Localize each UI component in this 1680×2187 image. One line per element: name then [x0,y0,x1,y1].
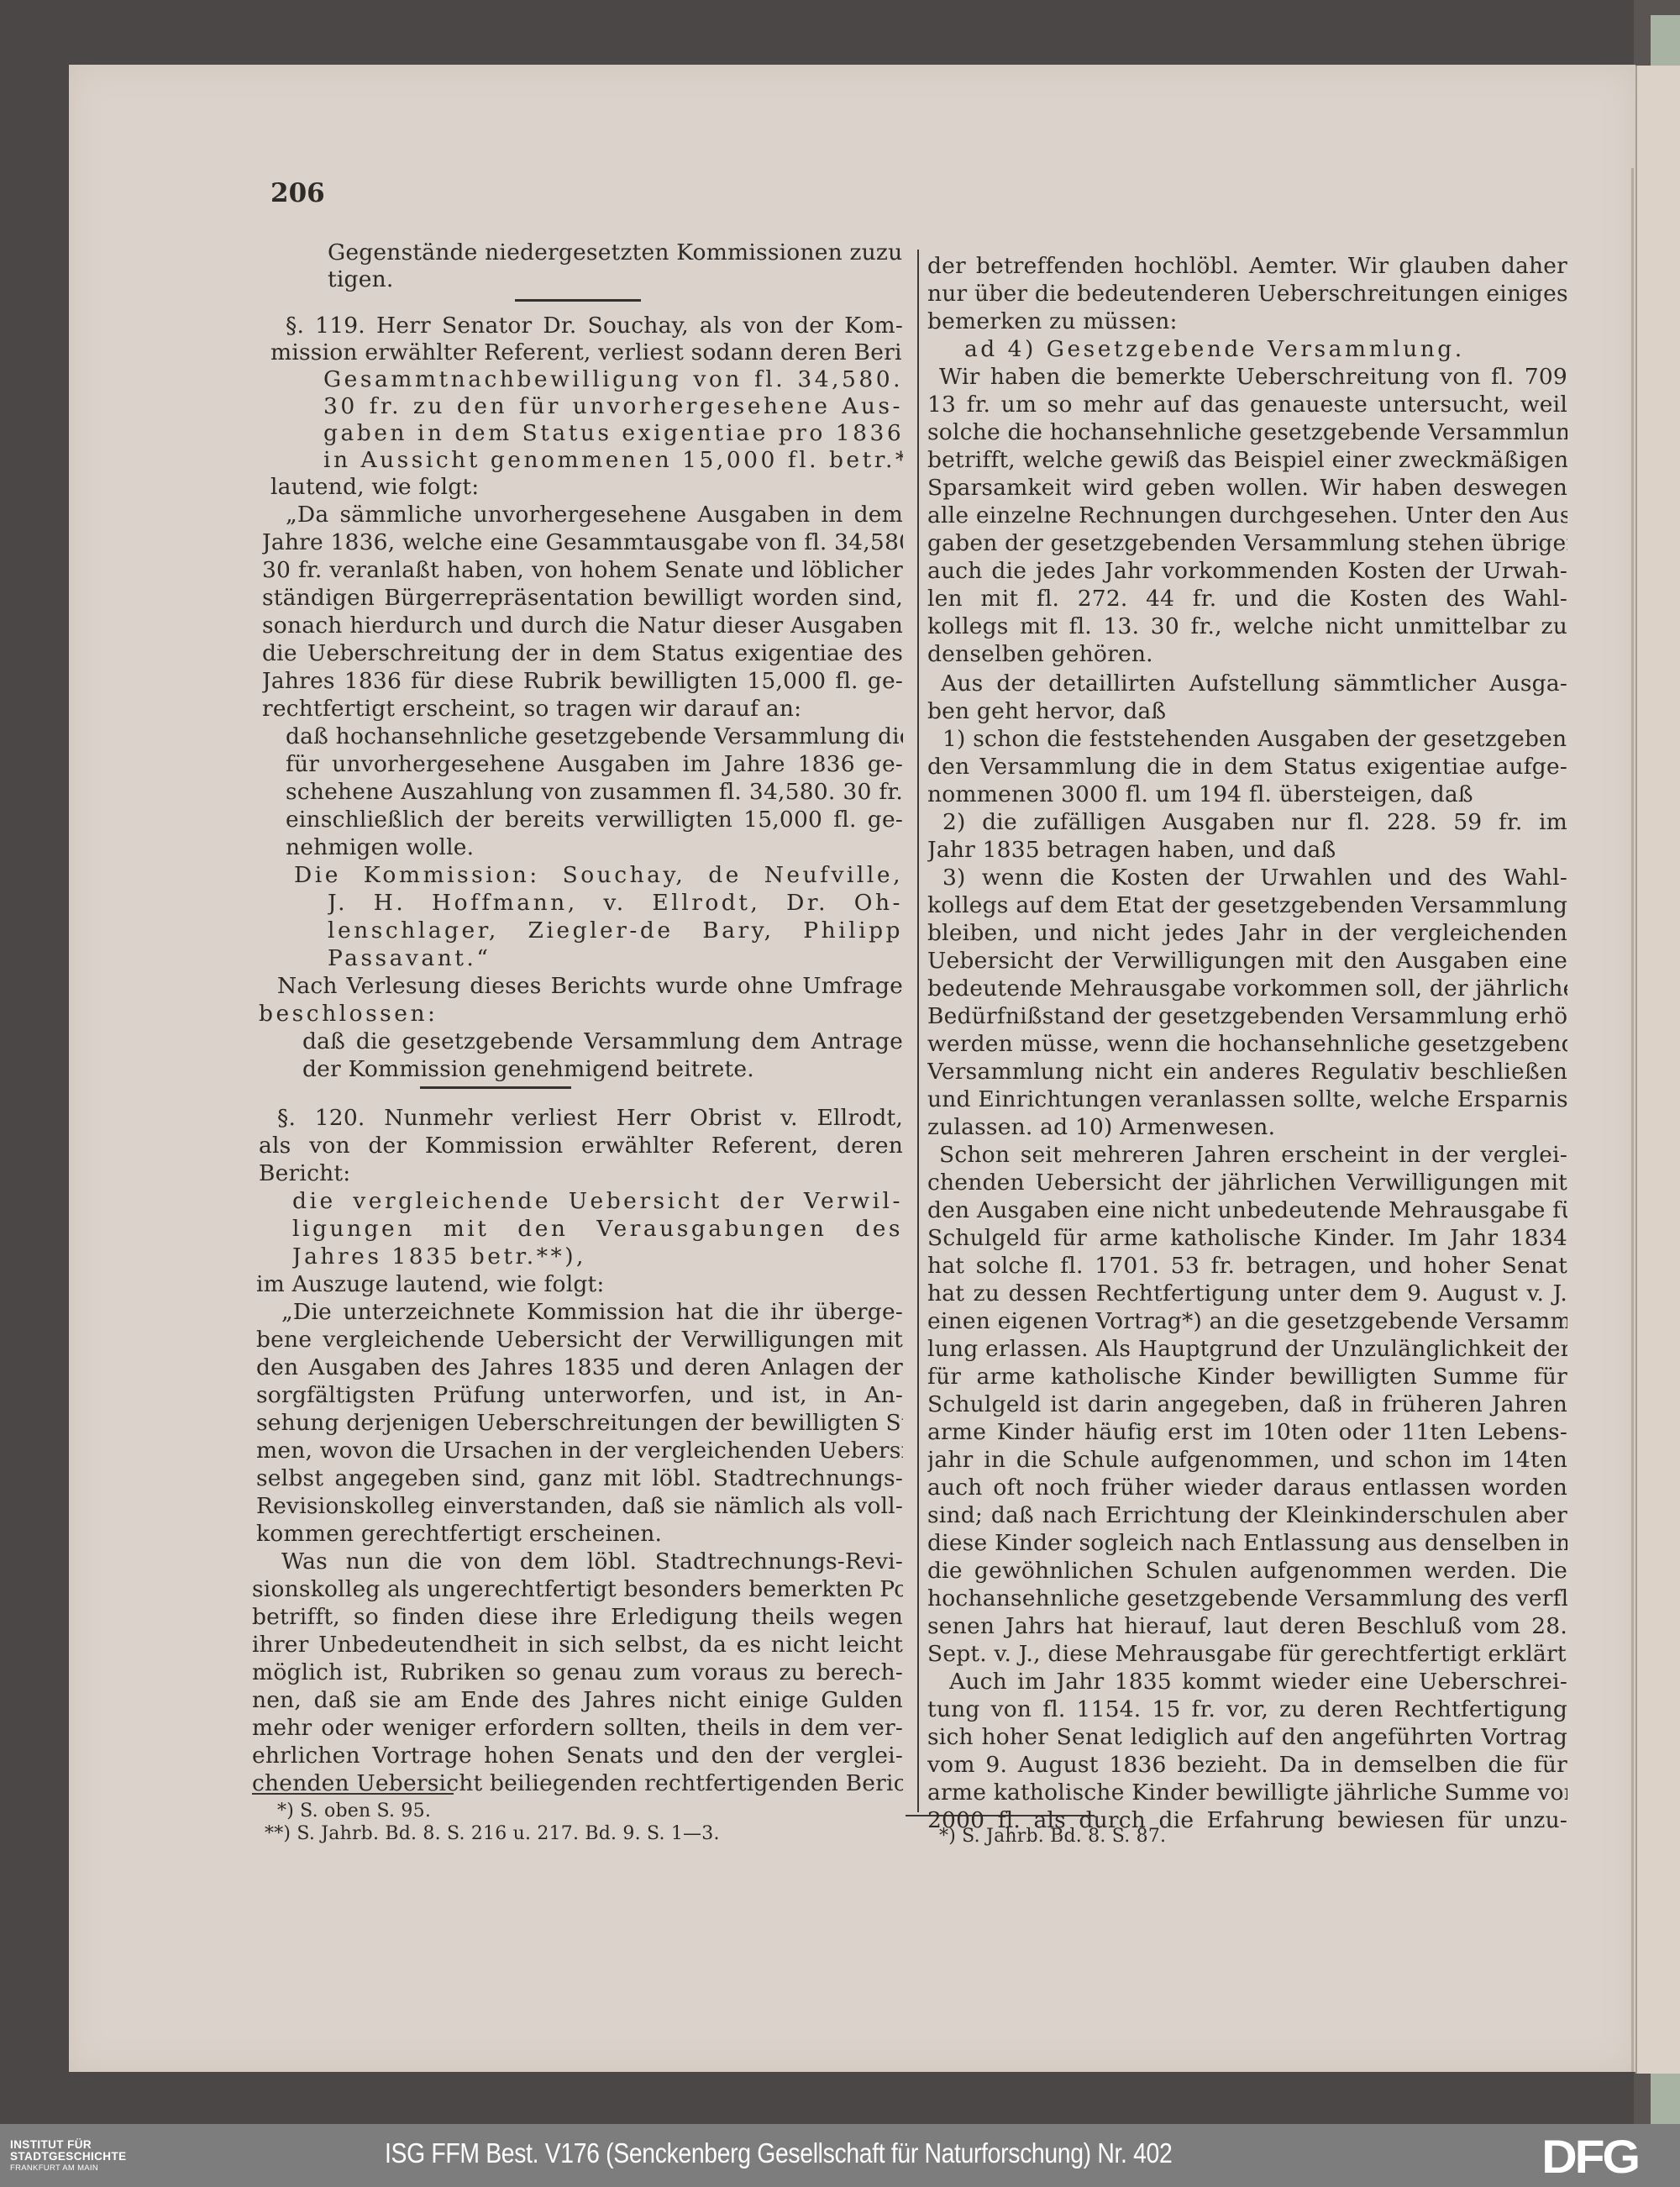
text-line: Sparsamkeit wird geben wollen. Wir haben… [927,475,1567,502]
text-line: der Kommission genehmigend beitrete. [302,1056,903,1083]
isg-institute-logo[interactable]: INSTITUT FÜR STADTGESCHICHTE FRANKFURT A… [10,2139,127,2174]
text-line: §. 120. Nunmehr verliest Herr Obrist v. … [277,1105,903,1132]
text-line: Jahres 1835 betr.**), [292,1243,903,1270]
text-line: daß die gesetzgebende Versammlung dem An… [302,1028,903,1055]
text-line: ligungen mit den Verausgabungen des [292,1216,903,1243]
text-line: für arme katholische Kinder bewilligten … [927,1364,1567,1391]
text-line: sorgfältigsten Prüfung unterworfen, und … [256,1382,903,1409]
text-line: lenschlager, Ziegler-de Bary, Philipp [328,917,903,944]
text-line: Gesammtnachbewilligung von fl. 34,580. [323,366,903,393]
text-line: diese Kinder sogleich nach Entlassung au… [927,1530,1567,1557]
text-line: bleiben, und nicht jedes Jahr in der ver… [927,920,1567,947]
text-line: 30 fr. zu den für unvorhergesehene Aus- [323,393,903,420]
text-line: kollegs mit fl. 13. 30 fr., welche nicht… [927,613,1567,640]
text-line: men, wovon die Ursachen in der vergleich… [256,1438,903,1464]
text-line: Versammlung nicht ein anderes Regulativ … [927,1059,1567,1086]
text-line: Sept. v. J., diese Mehrausgabe für gerec… [927,1641,1567,1668]
page-fold-line [1631,168,1634,2072]
text-line: sehung derjenigen Ueberschreitungen der … [256,1410,903,1437]
text-line: Auch im Jahr 1835 kommt wieder eine Uebe… [949,1669,1567,1695]
text-line: Schon seit mehreren Jahren erscheint in … [939,1142,1567,1169]
text-line: „Da sämmliche unvorhergesehene Ausgaben … [286,502,903,528]
text-line: „Die unterzeichnete Kommission hat die i… [281,1299,903,1326]
text-line: rechtfertigt erscheint, so tragen wir da… [262,696,903,723]
text-line: nehmigen wolle. [286,834,903,861]
page-number: 206 [270,178,325,208]
text-line: selbst angegeben sind, ganz mit löbl. St… [256,1465,903,1492]
text-line: Schulgeld ist darin angegeben, daß in fr… [927,1391,1567,1418]
text-line: Bericht: [259,1160,903,1187]
column-divider [917,250,919,1812]
text-line: den Ausgaben eine nicht unbedeutende Meh… [927,1197,1567,1224]
text-line: kommen gerechtfertigt erscheinen. [256,1521,903,1548]
logo-line-3: FRANKFURT AM MAIN [10,2163,127,2174]
text-line: Uebersicht der Verwilligungen mit den Au… [927,948,1567,975]
text-line: lung erlassen. Als Hauptgrund der Unzulä… [927,1336,1567,1363]
text-line: beschlossen: [259,1001,903,1028]
text-line: jahr in die Schule aufgenommen, und scho… [927,1447,1567,1474]
archive-footer-bar: INSTITUT FÜR STADTGESCHICHTE FRANKFURT A… [0,2124,1680,2187]
text-line: vom 9. August 1836 bezieht. Da in demsel… [927,1752,1567,1779]
text-line: senen Jahrs hat hierauf, laut deren Besc… [927,1613,1567,1640]
text-line: gaben in dem Status exigentiae pro 1836 [323,420,903,447]
text-line: Jahr 1835 betragen haben, und daß [927,837,1567,864]
archive-signature-caption: ISG FFM Best. V176 (Senckenberg Gesellsc… [385,2137,1172,2169]
text-line: 3) wenn die Kosten der Urwahlen und des … [942,865,1567,891]
text-line: der betreffenden hochlöbl. Aemter. Wir g… [927,253,1567,280]
text-line: Jahres 1836 für diese Rubrik bewilligten… [262,668,903,695]
text-line: §. 119. Herr Senator Dr. Souchay, als vo… [286,313,903,339]
text-line: Nach Verlesung dieses Berichts wurde ohn… [277,973,903,1000]
text-line: die gewöhnlichen Schulen aufgenommen wer… [927,1558,1567,1585]
text-line: ständigen Bürgerrepräsentation bewilligt… [262,585,903,612]
text-line: hochansehnliche gesetzgebende Versammlun… [927,1585,1567,1612]
text-line: 1) schon die feststehenden Ausgaben der … [942,726,1567,753]
section-separator-2 [420,1086,571,1089]
text-line: zulassen. ad 10) Armenwesen. [927,1114,1398,1141]
text-line: hat zu dessen Rechtfertigung unter dem 9… [927,1280,1567,1307]
text-line: einschließlich der bereits verwilligten … [286,807,903,833]
text-line: gaben der gesetzgebenden Versammlung ste… [927,530,1567,557]
text-line: solche die hochansehnliche gesetzgebende… [927,419,1567,446]
facing-page-edge [1635,66,1680,2074]
text-line: Was nun die von dem löbl. Stadtrechnungs… [281,1548,903,1575]
text-line: sonach hierdurch und durch die Natur die… [262,612,903,639]
text-line: len mit fl. 272. 44 fr. und die Kosten d… [927,586,1567,612]
text-line: Die Kommission: Souchay, de Neufville, [294,862,903,889]
logo-line-1: INSTITUT FÜR [10,2139,127,2151]
text-line: möglich ist, Rubriken so genau zum vorau… [252,1659,903,1686]
text-line: betrifft, so finden diese ihre Erledigun… [252,1604,903,1631]
text-line: ehrlichen Vortrage hohen Senats und den … [252,1743,903,1769]
text-line: Jahre 1836, welche eine Gesammtausgabe v… [262,529,903,556]
text-line: auch die jedes Jahr vorkommenden Kosten … [927,558,1567,585]
text-line: sich hoher Senat lediglich auf den angef… [927,1724,1567,1751]
text-line: die vergleichende Uebersicht der Verwil- [292,1188,903,1215]
dfg-logo[interactable]: DFG [1541,2133,1638,2180]
footnote: **) S. Jahrb. Bd. 8. S. 216 u. 217. Bd. … [265,1821,720,1848]
text-line: in Aussicht genommenen 15,000 fl. betr.*… [323,447,903,474]
text-line: im Auszuge lautend, wie folgt: [256,1271,903,1298]
logo-line-2: STADTGESCHICHTE [10,2151,127,2163]
text-line: den Versammlung die in dem Status exigen… [927,754,1567,781]
text-line: die Ueberschreitung der in dem Status ex… [262,640,903,667]
text-line: arme Kinder häufig erst im 10ten oder 11… [927,1419,1567,1446]
text-line: J. H. Hoffmann, v. Ellrodt, Dr. Oh- [328,890,903,917]
text-line: ben geht hervor, daß [927,698,1567,725]
text-line: Passavant.“ [328,945,903,972]
text-line: chenden Uebersicht beiliegenden rechtfer… [252,1770,903,1797]
text-line: nen, daß sie am Ende des Jahres nicht ei… [252,1687,903,1714]
text-line: sionskolleg als ungerechtfertigt besonde… [252,1576,903,1603]
text-line: hat solche fl. 1701. 53 fr. betragen, un… [927,1253,1567,1280]
text-line: alle einzelne Rechnungen durchgesehen. U… [927,502,1567,529]
text-line: schehene Auszahlung von zusammen fl. 34,… [286,779,903,806]
text-line: tigen. [328,266,903,293]
text-line: Schulgeld für arme katholische Kinder. I… [927,1225,1567,1252]
text-line: einen eigenen Vortrag*) an die gesetzgeb… [927,1308,1567,1335]
text-line: werden müsse, wenn die hochansehnliche g… [927,1031,1567,1058]
text-line: ihrer Unbedeutendheit in sich selbst, da… [252,1632,903,1659]
text-line: Revisionskolleg einverstanden, daß sie n… [256,1493,903,1520]
footnote: *) S. Jahrb. Bd. 8. S. 87. [939,1823,1166,1850]
text-line: daß hochansehnliche gesetzgebende Versam… [286,723,903,750]
text-line: auch oft noch früher wieder daraus entla… [927,1475,1567,1501]
text-line: mehr oder weniger erfordern sollten, the… [252,1715,903,1742]
section-separator-1 [515,299,641,302]
text-line: bedeutende Mehrausgabe vorkommen soll, d… [927,975,1567,1002]
text-line: Wir haben die bemerkte Ueberschreitung v… [939,364,1567,391]
text-line: für unvorhergesehene Ausgaben im Jahre 1… [286,751,903,778]
text-line: den Ausgaben des Jahres 1835 und deren A… [256,1354,903,1381]
text-line: Gegenstände niedergesetzten Kommissionen… [328,239,903,266]
text-line: betrifft, welche gewiß das Beispiel eine… [927,447,1567,474]
text-line: arme katholische Kinder bewilligte jährl… [927,1780,1567,1806]
text-line: denselben gehören. [927,641,1567,668]
text-line: lautend, wie folgt: [270,474,903,501]
text-line: 13 fr. um so mehr auf das genaueste unte… [927,392,1567,418]
text-line: nommenen 3000 fl. um 194 fl. übersteigen… [927,781,1567,808]
text-line: bene vergleichende Uebersicht der Verwil… [256,1327,903,1354]
text-line: tung von fl. 1154. 15 fr. vor, zu deren … [927,1696,1567,1723]
text-line: chenden Uebersicht der jährlichen Verwil… [927,1170,1567,1196]
text-line: und Einrichtungen veranlassen sollte, we… [927,1086,1567,1113]
text-line: als von der Kommission erwählter Referen… [259,1133,903,1159]
text-line: bemerken zu müssen: [927,308,1567,335]
text-line: ad 4) Gesetzgebende Versammlung. [964,336,1552,363]
text-line: Aus der detaillirten Aufstellung sämmtli… [941,670,1567,697]
text-line: 30 fr. veranlaßt haben, von hohem Senate… [262,557,903,584]
text-line: Bedürfnißstand der gesetzgebenden Versam… [927,1003,1567,1030]
text-line: mission erwählter Referent, verliest sod… [270,339,903,366]
text-line: sind; daß nach Errichtung der Kleinkinde… [927,1502,1567,1529]
text-line: kollegs auf dem Etat der gesetzgebenden … [927,892,1567,919]
text-line: nur über die bedeutenderen Ueberschreitu… [927,281,1567,308]
text-line: 2) die zufälligen Ausgaben nur fl. 228. … [942,809,1567,836]
